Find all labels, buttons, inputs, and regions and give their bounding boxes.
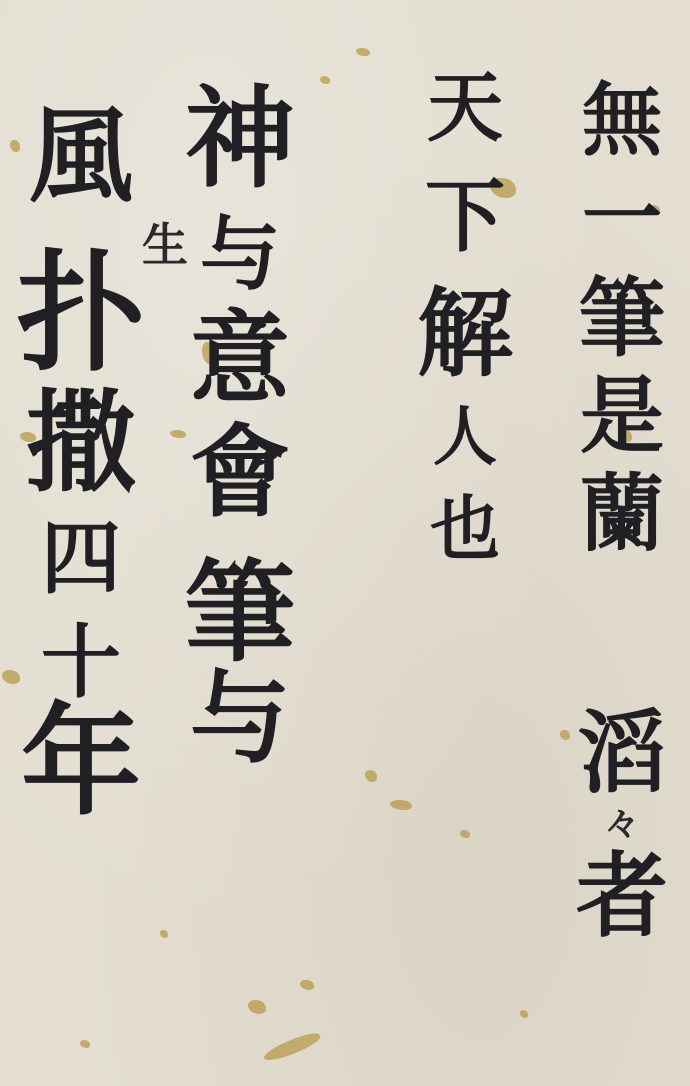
char: 無 [582,80,662,160]
char: 天 [427,70,503,146]
column-1-lower: 滔 々 者 [572,708,672,942]
column-3: 神 与 意 會 筆 与 [170,84,310,768]
char: 也 [430,494,500,564]
column-4: 風 扑 撒 四 十 年 [16,104,146,822]
char: 与 [200,214,280,294]
char: 生 [142,222,188,268]
char: 一 [582,178,662,258]
column-1: 無 一 筆 是 蘭 [572,80,672,556]
char: 扑 [16,248,146,378]
char: 筆 [185,558,295,668]
column-4-annotation: 生 [140,222,190,268]
char: 四 [41,518,121,598]
char: 會 [190,422,290,522]
char: 下 [425,176,505,256]
column-2: 天 下 解 人 也 [410,70,520,564]
char: 与 [190,668,290,768]
char: 解 [417,286,513,382]
char: 筆 [579,276,665,362]
char: 撒 [26,388,136,498]
char: 滔 [577,708,667,798]
char: 神 [185,84,295,194]
char: 是 [580,374,664,458]
char: 意 [190,308,290,408]
char: 蘭 [580,472,664,556]
char: 々 [604,806,640,842]
char: 十 [41,622,121,702]
char: 者 [576,850,668,942]
char: 年 [21,702,141,822]
char: 人 [433,406,497,470]
char: 風 [29,104,133,208]
